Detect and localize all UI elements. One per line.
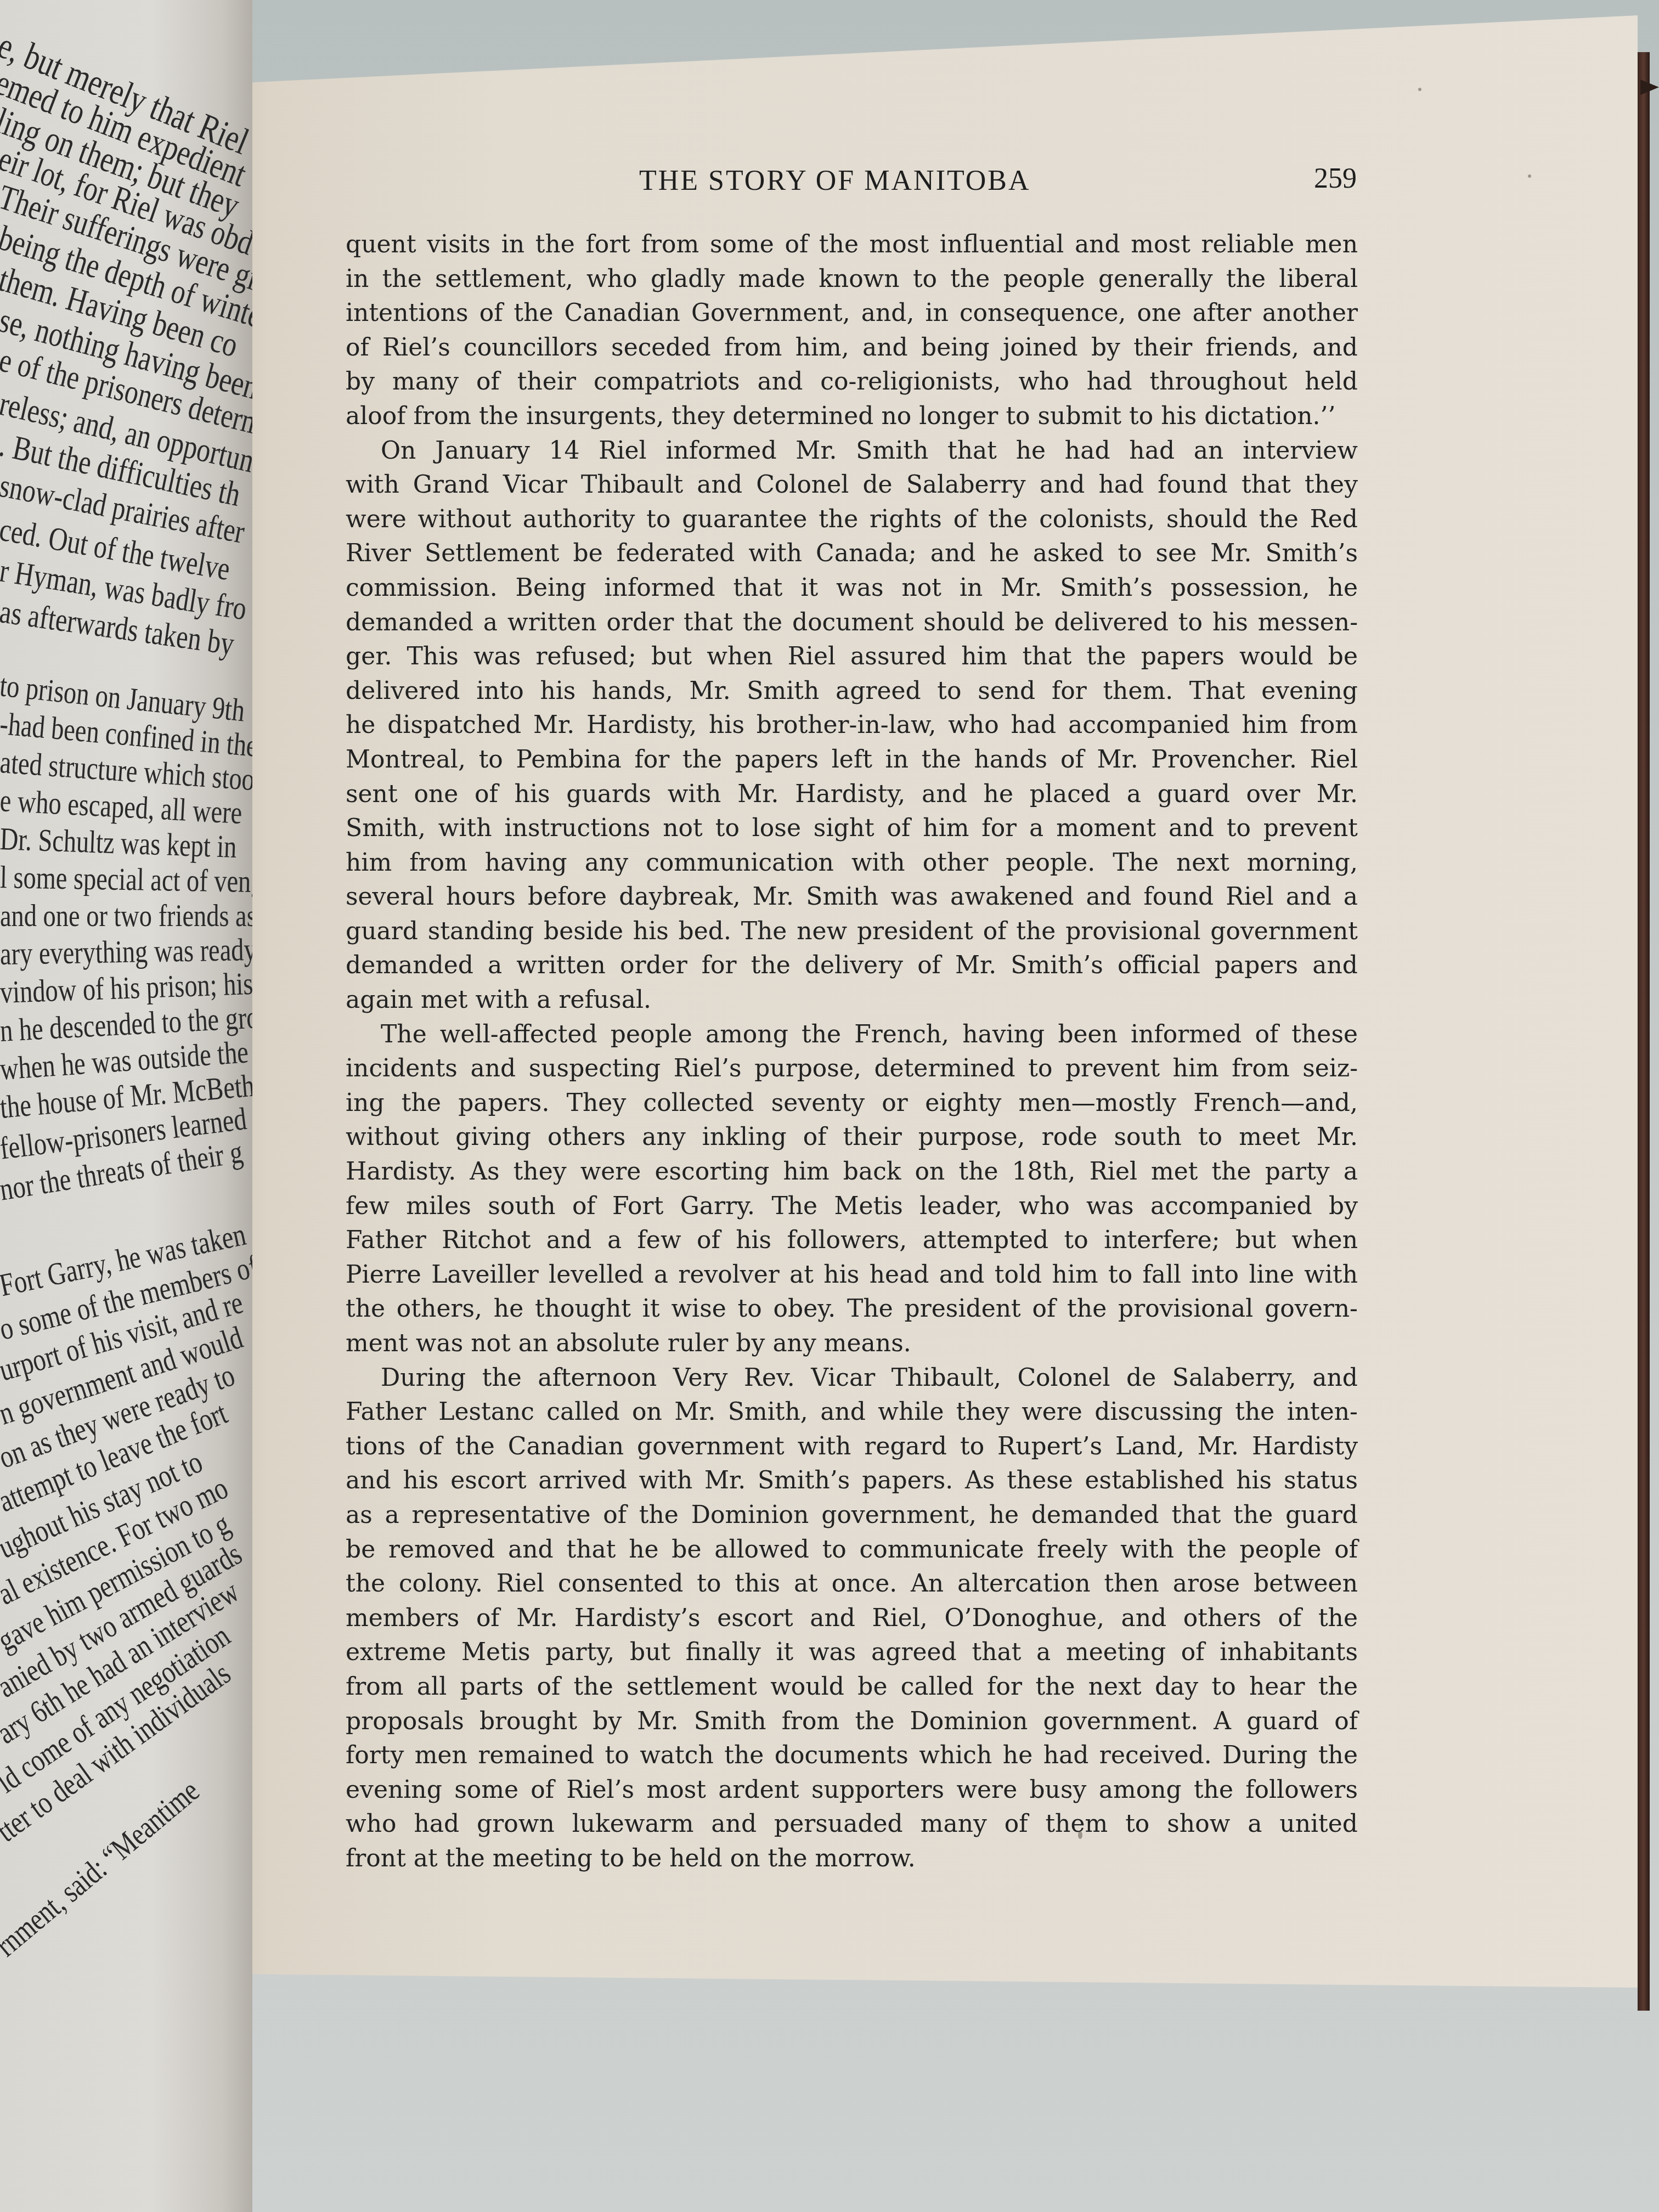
text-line: commission. Being informed that it was n…: [346, 571, 1358, 606]
paper-speck: [1418, 88, 1421, 91]
book-cover-edge: [1638, 52, 1650, 2011]
text-line: sent one of his guards with Mr. Hardisty…: [346, 777, 1358, 812]
text-line: be removed and that he be allowed to com…: [346, 1533, 1358, 1567]
paper-speck: [1078, 1831, 1082, 1839]
paragraph: On January 14 Riel informed Mr. Smith th…: [346, 434, 1358, 1018]
page-number: 259: [1314, 162, 1357, 195]
text-line: were without authority to guarantee the …: [346, 503, 1358, 537]
text-line: of Riel’s councillors seceded from him, …: [346, 331, 1358, 365]
text-line: demanded a written order for the deliver…: [346, 949, 1358, 983]
text-line: guard standing beside his bed. The new p…: [346, 915, 1358, 949]
text-line: again met with a refusal.: [346, 983, 1358, 1018]
text-line: the colony. Riel consented to this at on…: [346, 1567, 1358, 1601]
text-line: Father Ritchot and a few of his follower…: [346, 1223, 1358, 1258]
paragraph: During the afternoon Very Rev. Vicar Thi…: [346, 1361, 1358, 1876]
text-line: with Grand Vicar Thibault and Colonel de…: [346, 468, 1358, 503]
text-line: he dispatched Mr. Hardisty, his brother-…: [346, 708, 1358, 743]
text-line: ment was not an absolute ruler by any me…: [346, 1327, 1358, 1361]
left-page-curved: e, but merely that Rielemed to him exped…: [0, 0, 252, 2212]
text-line: During the afternoon Very Rev. Vicar Thi…: [346, 1361, 1358, 1396]
text-line: Smith, with instructions not to lose sig…: [346, 811, 1358, 846]
text-line: quent visits in the fort from some of th…: [346, 228, 1358, 262]
text-line: members of Mr. Hardisty’s escort and Rie…: [346, 1601, 1358, 1636]
text-line: intentions of the Canadian Government, a…: [346, 296, 1358, 331]
text-line: without giving others any inkling of the…: [346, 1120, 1358, 1155]
text-line: evening some of Riel’s most ardent suppo…: [346, 1773, 1358, 1808]
text-line: as a representative of the Dominion gove…: [346, 1498, 1358, 1533]
text-line: extreme Metis party, but finally it was …: [346, 1635, 1358, 1670]
text-line: tions of the Canadian government with re…: [346, 1430, 1358, 1464]
text-line: few miles south of Fort Garry. The Metis…: [346, 1189, 1358, 1224]
text-line: delivered into his hands, Mr. Smith agre…: [346, 674, 1358, 709]
text-line: forty men remained to watch the document…: [346, 1739, 1358, 1773]
paragraph: quent visits in the fort from some of th…: [346, 228, 1358, 434]
text-line: On January 14 Riel informed Mr. Smith th…: [346, 434, 1358, 469]
text-line: incidents and suspecting Riel’s purpose,…: [346, 1052, 1358, 1086]
left-page-text-line: Dr. Schultz was kept in: [0, 820, 238, 865]
text-line: several hours before daybreak, Mr. Smith…: [346, 880, 1358, 915]
text-line: proposals brought by Mr. Smith from the …: [346, 1705, 1358, 1739]
text-line: ger. This was refused; but when Riel ass…: [346, 640, 1358, 674]
text-line: and his escort arrived with Mr. Smith’s …: [346, 1464, 1358, 1498]
text-line: in the settlement, who gladly made known…: [346, 262, 1358, 297]
text-line: the others, he thought it wise to obey. …: [346, 1292, 1358, 1327]
text-line: front at the meeting to be held on the m…: [346, 1842, 1358, 1876]
body-text: quent visits in the fort from some of th…: [346, 228, 1358, 1876]
text-line: aloof from the insurgents, they determin…: [346, 399, 1358, 434]
paper-speck: [1528, 174, 1531, 178]
text-line: from all parts of the settlement would b…: [346, 1670, 1358, 1705]
left-page-text-line: and one or two friends as: [0, 897, 252, 934]
text-line: Father Lestanc called on Mr. Smith, and …: [346, 1395, 1358, 1430]
text-line: by many of their compatriots and co-reli…: [346, 365, 1358, 399]
text-line: him from having any communication with o…: [346, 846, 1358, 881]
text-line: Hardisty. As they were escorting him bac…: [346, 1155, 1358, 1189]
text-line: River Settlement be federated with Canad…: [346, 537, 1358, 571]
running-header: THE STORY OF MANITOBA: [639, 165, 1031, 197]
text-line: Pierre Laveiller levelled a revolver at …: [346, 1258, 1358, 1293]
left-page-text-line: l some special act of venge: [0, 859, 252, 900]
text-line: ing the papers. They collected seventy o…: [346, 1086, 1358, 1121]
text-line: who had grown lukewarm and persuaded man…: [346, 1807, 1358, 1842]
paragraph: The well-affected people among the Frenc…: [346, 1018, 1358, 1361]
text-line: Montreal, to Pembina for the papers left…: [346, 743, 1358, 777]
text-line: demanded a written order that the docume…: [346, 606, 1358, 640]
text-line: The well-affected people among the Frenc…: [346, 1018, 1358, 1052]
